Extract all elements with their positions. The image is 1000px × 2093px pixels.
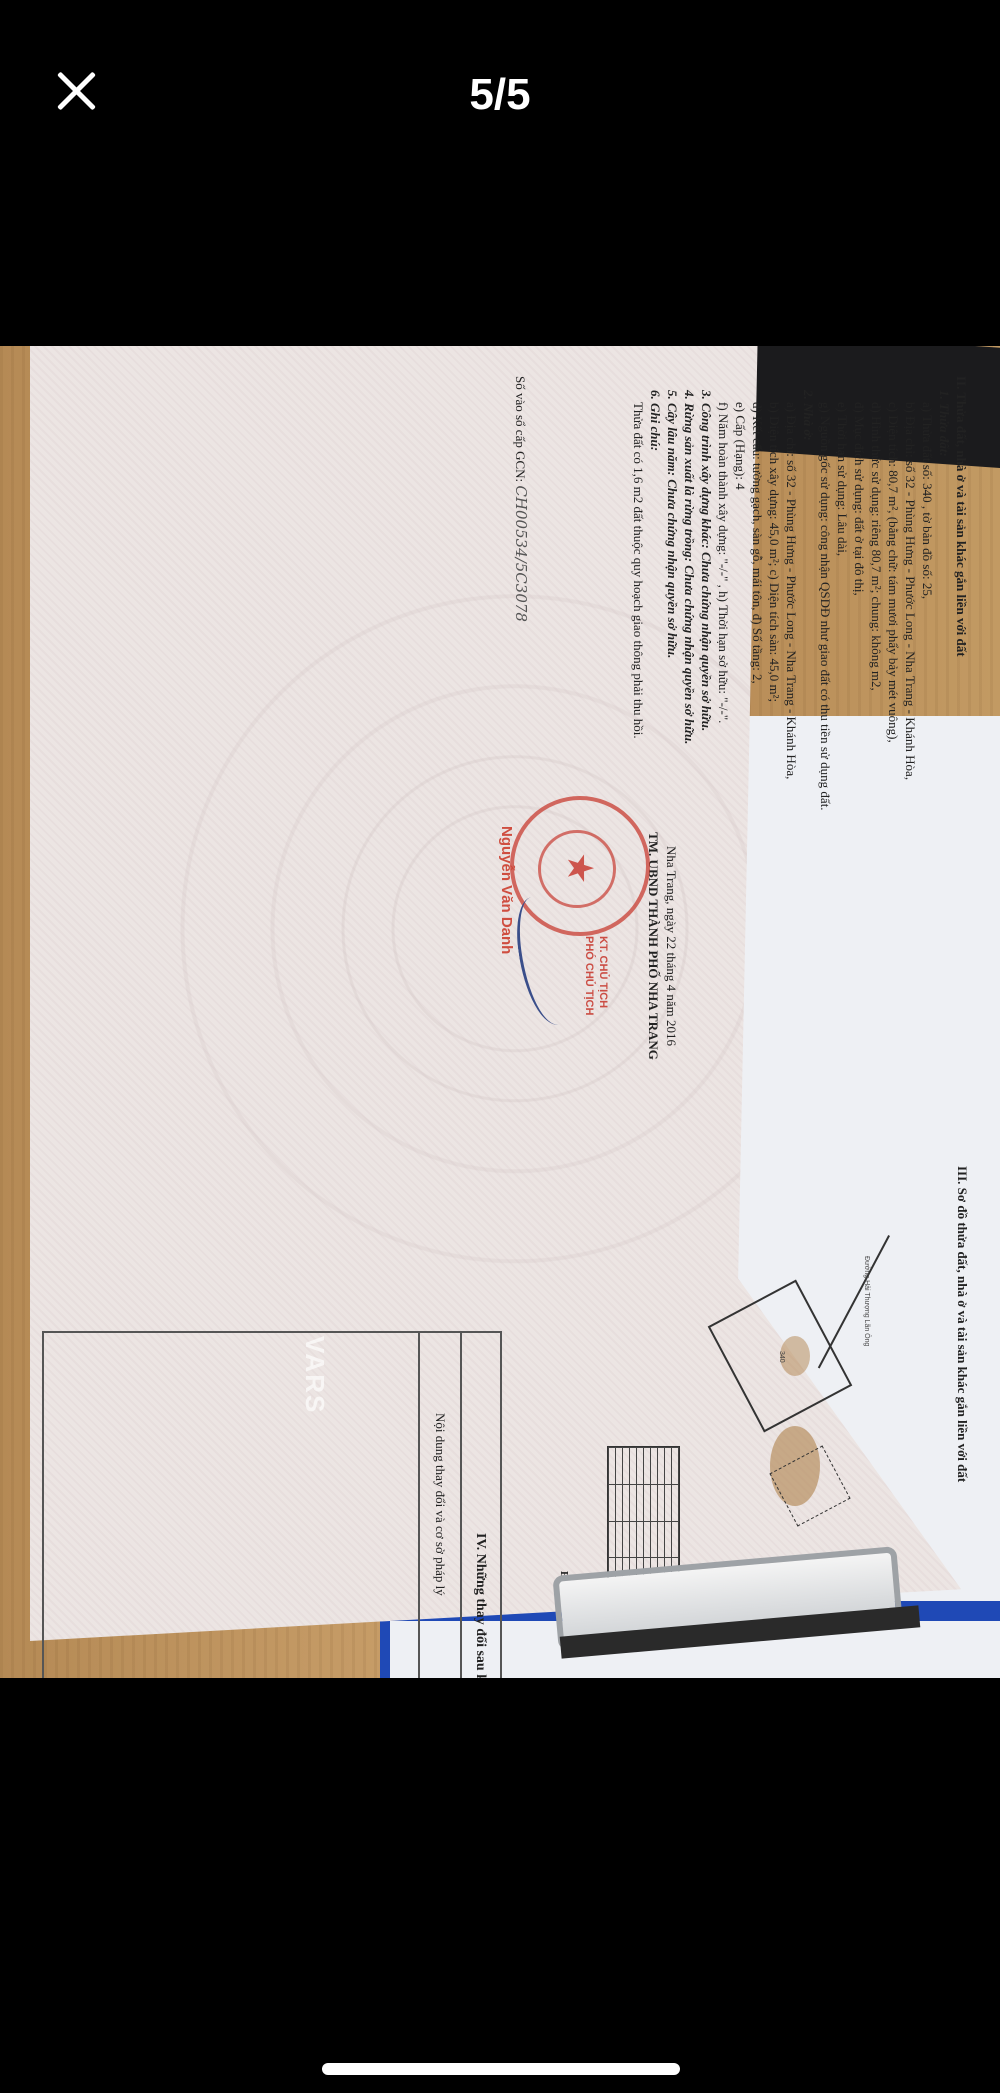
section-4-title: IV. Những thay đổi sau khi cấp giấy chứn…	[472, 1533, 488, 1678]
house-line: d) Kết cấu: tường gạch, sàn gỗ, mái tôn,…	[749, 376, 766, 1136]
other-works: 3. Công trình xây dựng khác: Chưa chứng …	[698, 376, 715, 1136]
signer-role: KT. CHỦ TỊCH PHÓ CHỦ TỊCH	[582, 936, 610, 1015]
house-line: f) Năm hoàn thành xây dựng: "-/-" , h) T…	[715, 376, 732, 1136]
house-line: a) Địa chỉ: số 32 - Phùng Hưng - Phước L…	[783, 376, 800, 1136]
land-line: c) Diện tích: 80,7 m², (bằng chữ: tám mư…	[885, 376, 902, 1136]
lot-number: 340	[778, 1351, 785, 1363]
section-4-header-cell: Nội dung thay đổi và cơ sở pháp lý Xác n…	[418, 1333, 460, 1678]
image-counter: 5/5	[0, 70, 1000, 120]
registry-number: Số vào sổ cấp GCN: CH00534/5C3078	[512, 376, 530, 622]
viewer-top-bar: 5/5	[0, 0, 1000, 200]
role-line-1: KT. CHỦ TỊCH	[596, 936, 610, 1015]
column-content-header: Nội dung thay đổi và cơ sở pháp lý	[432, 1413, 448, 1596]
registry-label: Số vào sổ cấp GCN:	[513, 376, 528, 482]
house-line: e) Cấp (Hạng): 4	[732, 376, 749, 1136]
section-4-table: IV. Những thay đổi sau khi cấp giấy chứn…	[42, 1331, 502, 1678]
land-line: d) Hình thức sử dụng: riêng 80,7 m²; chu…	[868, 376, 885, 1136]
road-label: Đường Hải Thượng Lãn Ông	[863, 1256, 870, 1346]
production-forest: 4. Rừng sản xuất là rừng trồng: Chưa chứ…	[681, 376, 698, 1136]
photo-viewport[interactable]: IV. Những thay đổi sau khi cấp giấy chứn…	[0, 346, 1000, 1678]
issuing-organization: TM. UBND THÀNH PHỐ NHA TRANG	[644, 766, 662, 1126]
role-line-2: PHÓ CHỦ TỊCH	[582, 936, 596, 1015]
land-line: g) Nguồn gốc sử dụng: công nhận QSDĐ như…	[817, 376, 834, 1136]
land-line: đ) Mục đích sử dụng: đất ở tại đô thị,	[851, 376, 868, 1136]
registry-value: CH00534/5C3078	[512, 485, 530, 622]
section-2: II. Thửa đất, nhà ở và tài sản khác gắn …	[630, 376, 970, 1136]
land-heading: 1. Thửa đất:	[936, 376, 953, 1136]
section-3-title: III. Sơ đồ thửa đất, nhà ở và tài sản kh…	[954, 1166, 970, 1626]
section-4-title-cell: IV. Những thay đổi sau khi cấp giấy chứn…	[460, 1333, 500, 1678]
house-heading: 2. Nhà ở:	[800, 376, 817, 1136]
star-emblem-icon: ★	[562, 852, 598, 884]
land-line: a) Thửa đất số: 340 , tờ bản đồ số: 25,	[919, 376, 936, 1136]
house-line: b) Diện tích xây dựng: 45,0 m²; c) Diện …	[766, 376, 783, 1136]
certificate-content-rotated: II. Thửa đất, nhà ở và tài sản khác gắn …	[500, 376, 970, 1616]
building-outline	[769, 1445, 850, 1526]
land-line: b) Địa chỉ: số 32 - Phùng Hưng - Phước L…	[902, 376, 919, 1136]
section-2-title: II. Thửa đất, nhà ở và tài sản khác gắn …	[953, 376, 970, 1136]
signer-name: Nguyễn Văn Danh	[498, 826, 515, 954]
plot-diagram: Đường Hải Thượng Lãn Ông 340	[670, 1236, 900, 1556]
place-date: Nha Trang, ngày 22 tháng 4 năm 2016	[662, 766, 680, 1126]
vars-watermark: VARS	[299, 1336, 330, 1414]
signature-block: Nha Trang, ngày 22 tháng 4 năm 2016 TM. …	[644, 766, 680, 1126]
home-indicator[interactable]	[322, 2063, 680, 2075]
land-line: e) Thời hạn sử dụng: Lâu dài,	[834, 376, 851, 1136]
